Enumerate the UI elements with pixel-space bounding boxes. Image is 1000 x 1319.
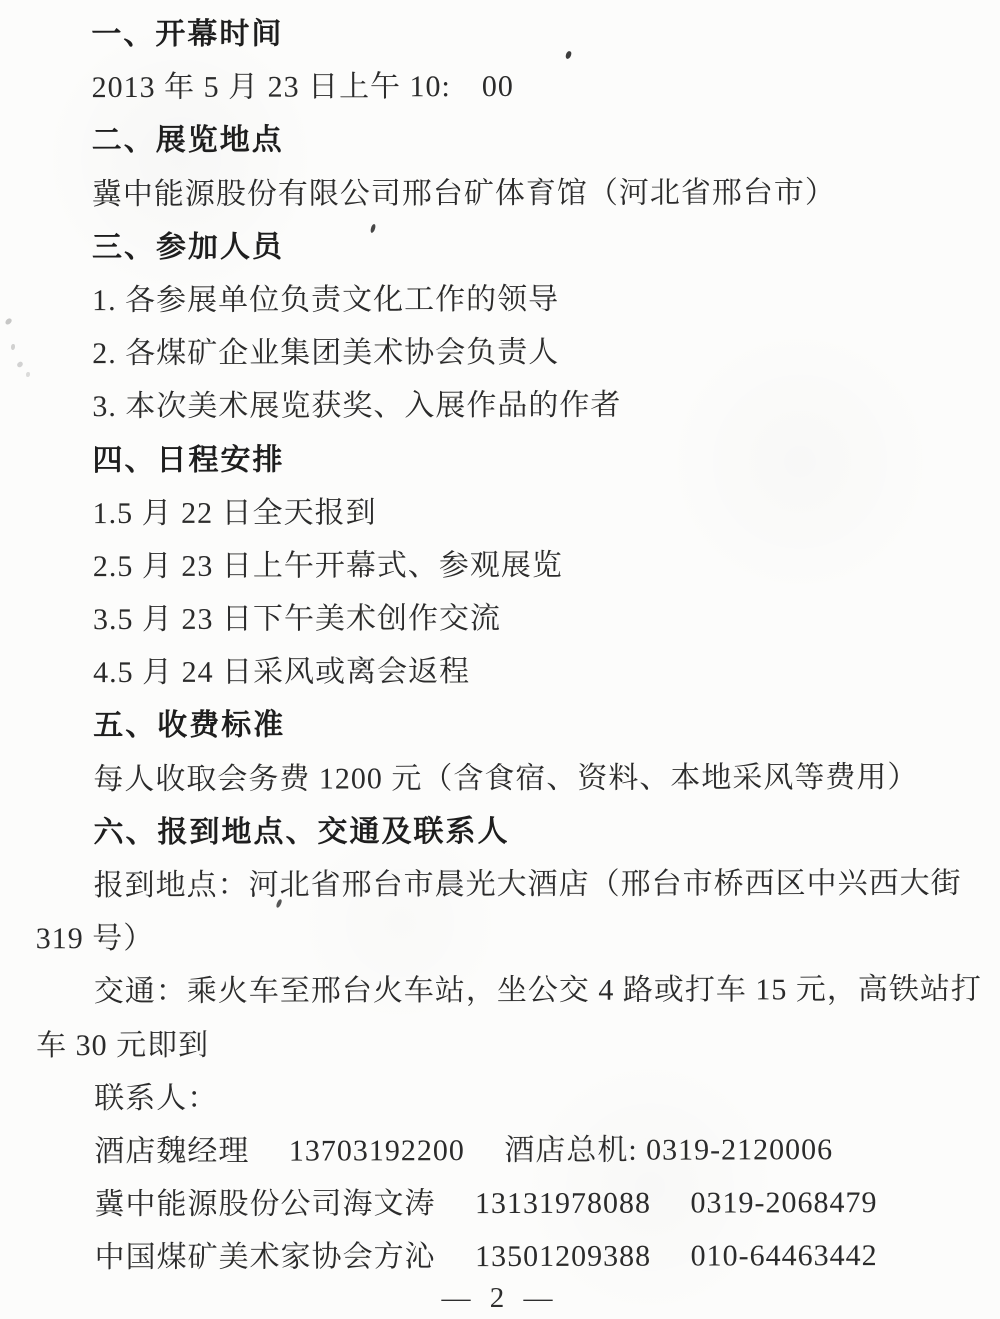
text-contacts-label: 联系人： [36, 1069, 991, 1125]
heading-1-opening-time: 一、开幕时间 [33, 6, 988, 62]
text-transport-line2: 车 30 元即到 [36, 1016, 991, 1072]
text-participant-item-3: 3. 本次美术展览获奖、入展作品的作者 [34, 378, 989, 434]
heading-2-exhibition-venue: 二、展览地点 [34, 112, 989, 168]
heading-4-schedule: 四、日程安排 [34, 431, 989, 487]
heading-5-fee-standard: 五、收费标准 [35, 697, 990, 753]
text-registration-location-line1: 报到地点：河北省邢台市晨光大酒店（邢台市桥西区中兴西大街 [36, 857, 991, 913]
scan-smudge [4, 317, 12, 326]
scan-smudge [26, 372, 30, 377]
document-body: 一、开幕时间 2013 年 5 月 23 日上午 10: 00 二、展览地点 冀… [33, 6, 991, 1285]
text-schedule-item-2: 2.5 月 23 日上午开幕式、参观展览 [35, 538, 990, 594]
text-participant-item-2: 2. 各煤矿企业集团美术协会负责人 [34, 325, 989, 381]
text-transport-line1: 交通：乘火车至邢台火车站，坐公交 4 路或打车 15 元，高铁站打 [36, 963, 991, 1019]
text-opening-datetime: 2013 年 5 月 23 日上午 10: 00 [33, 59, 988, 115]
scan-smudge [16, 361, 24, 368]
text-registration-location-line2: 319 号） [36, 910, 991, 966]
heading-6-registration-transport-contacts: 六、报到地点、交通及联系人 [35, 804, 990, 860]
text-fee-detail: 每人收取会务费 1200 元（含食宿、资料、本地采风等费用） [35, 750, 990, 806]
text-exhibition-venue: 冀中能源股份有限公司邢台矿体育馆（河北省邢台市） [34, 165, 989, 221]
scanned-document-page: 一、开幕时间 2013 年 5 月 23 日上午 10: 00 二、展览地点 冀… [0, 0, 1000, 1319]
text-schedule-item-3: 3.5 月 23 日下午美术创作交流 [35, 591, 990, 647]
text-contact-jizhong-energy: 冀中能源股份公司海文涛 13131978088 0319-2068479 [36, 1176, 991, 1232]
heading-3-participants: 三、参加人员 [34, 219, 989, 275]
text-contact-hotel-manager: 酒店魏经理 13703192200 酒店总机: 0319-2120006 [36, 1123, 991, 1179]
text-contact-coal-art-association: 中国煤矿美术家协会方沁 13501209388 010-64463442 [37, 1229, 992, 1285]
text-schedule-item-1: 1.5 月 22 日全天报到 [35, 484, 990, 540]
text-participant-item-1: 1. 各参展单位负责文化工作的领导 [34, 272, 989, 328]
page-number: — 2 — [0, 1278, 1000, 1318]
scan-smudge [11, 344, 15, 350]
text-schedule-item-4: 4.5 月 24 日采风或离会返程 [35, 644, 990, 700]
